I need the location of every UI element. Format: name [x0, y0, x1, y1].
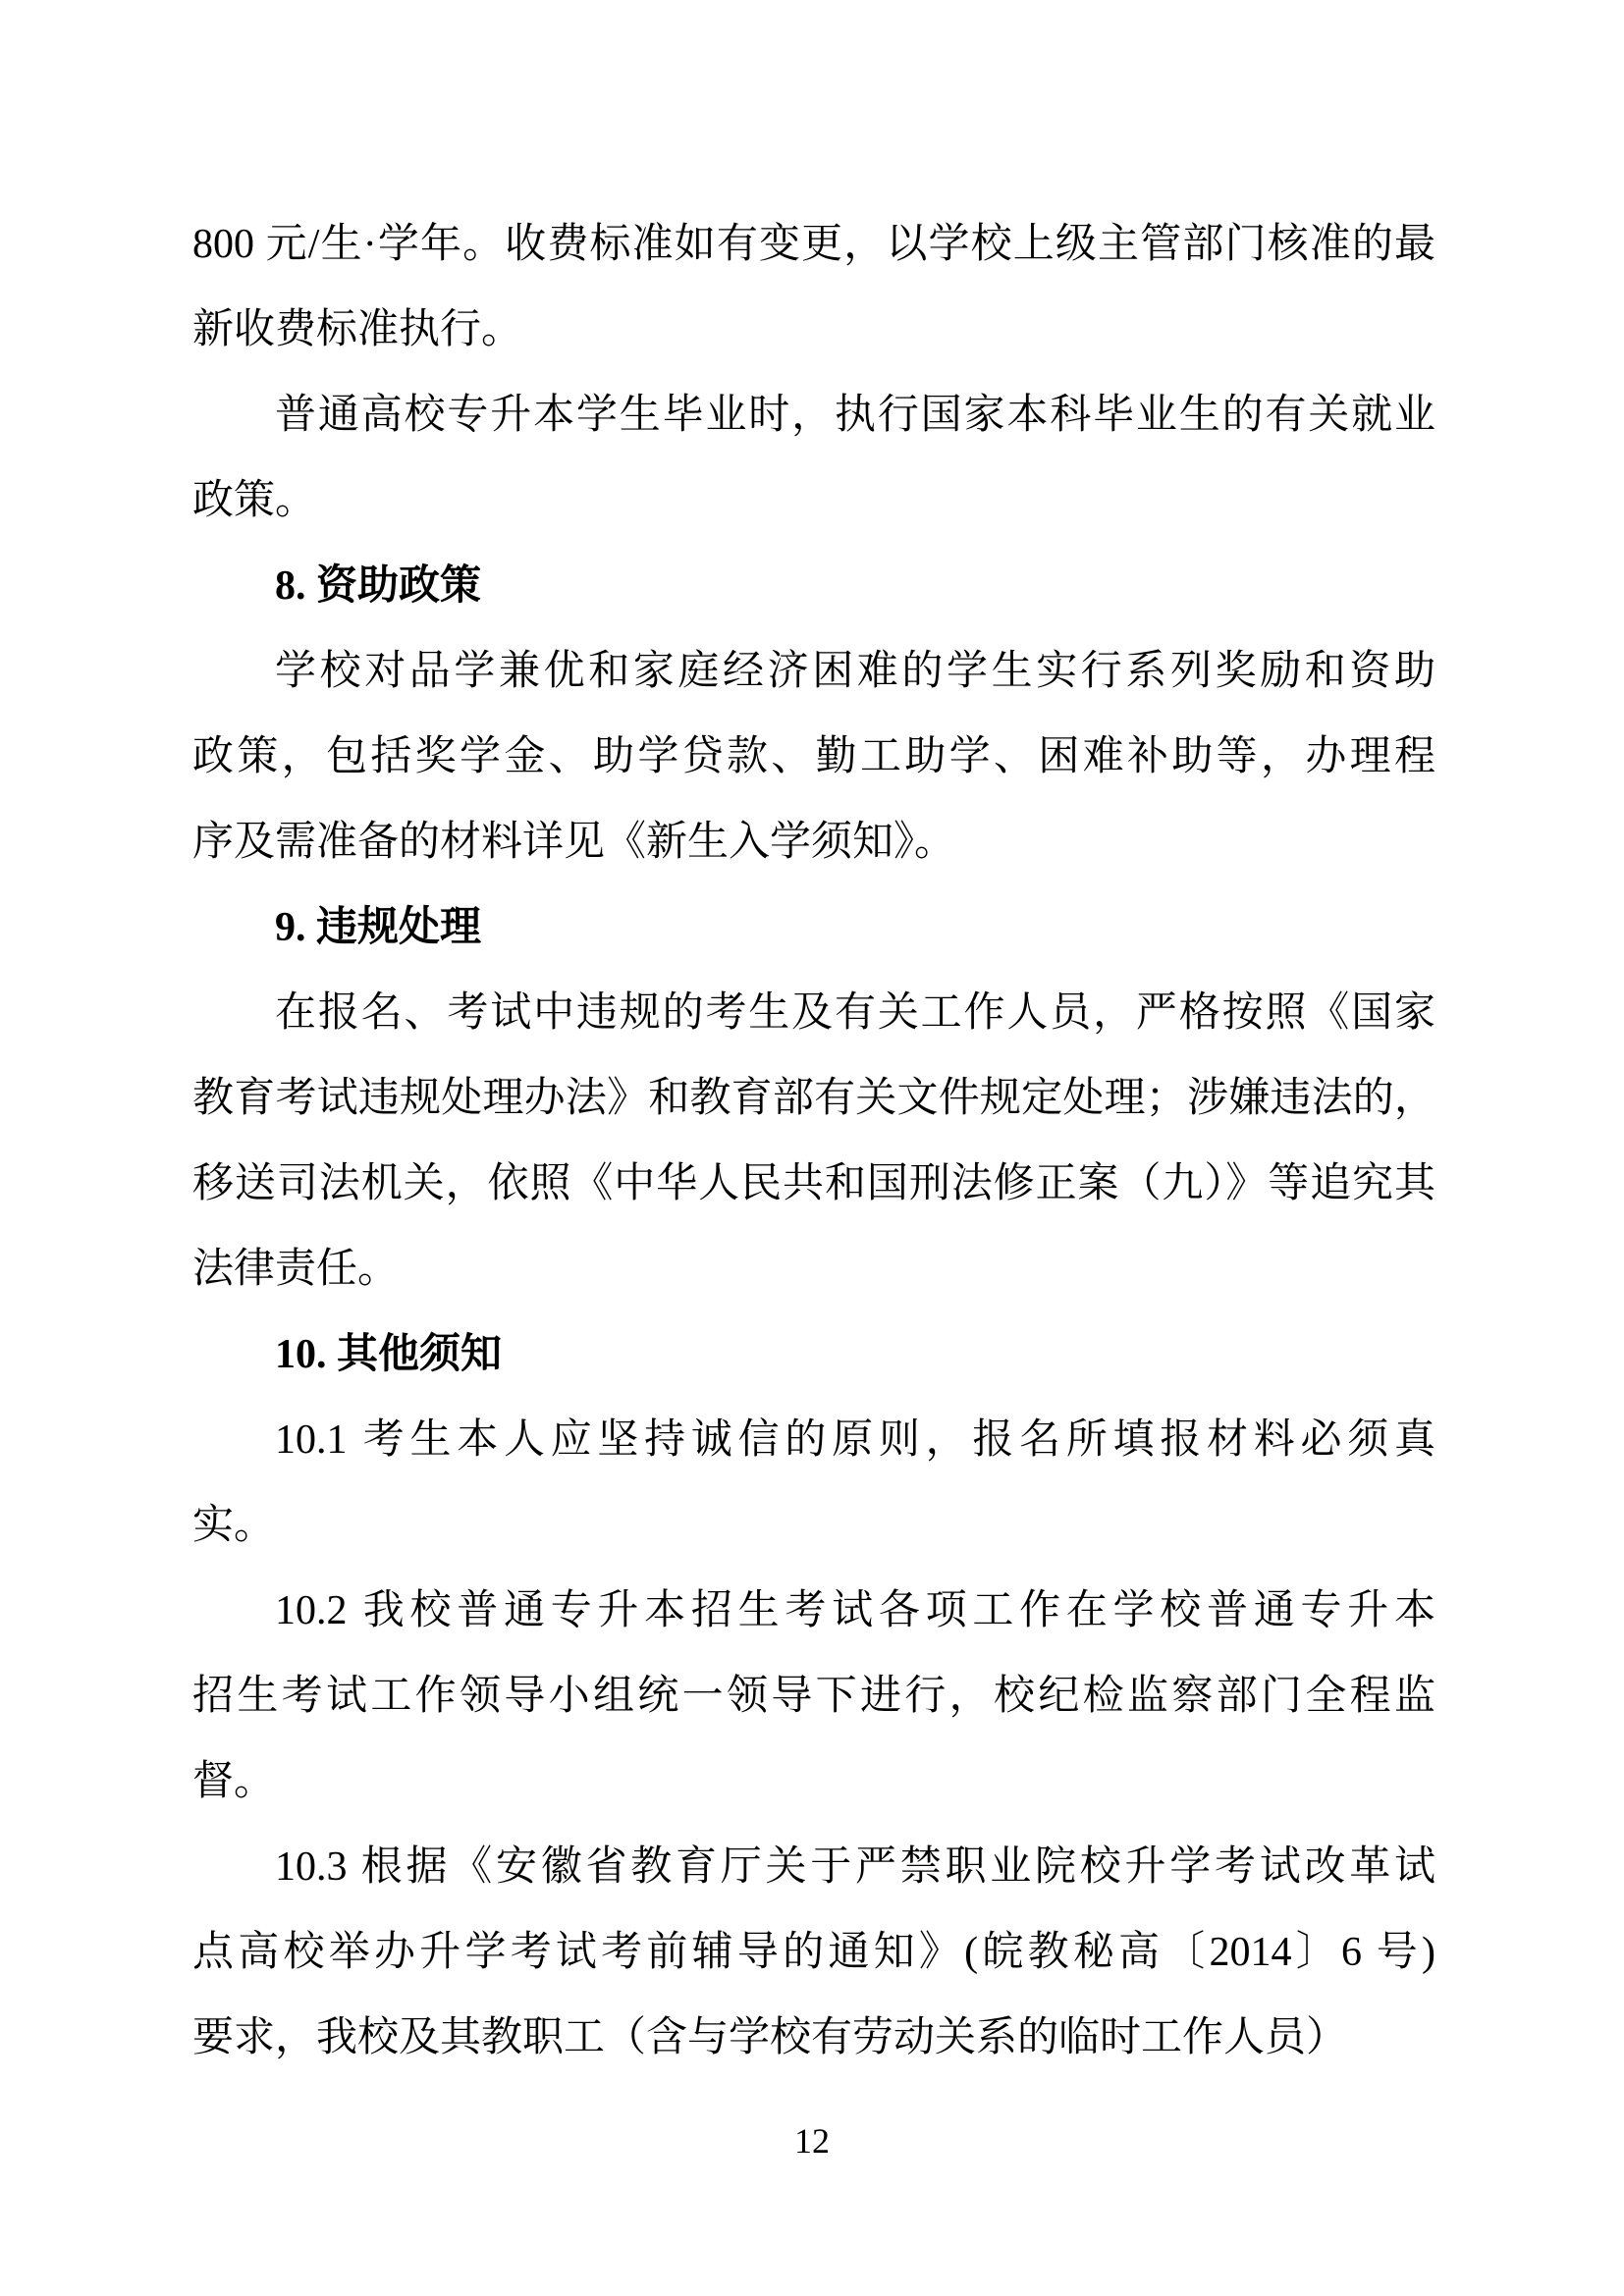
section-heading: 10. 其他须知 [192, 1312, 1435, 1398]
document-page: 800 元/生·学年。收费标准如有变更，以学校上级主管部门核准的最 新收费标准执… [0, 0, 1624, 2296]
section-heading: 9. 违规处理 [192, 885, 1435, 971]
text-line: 政策。 [192, 458, 1435, 544]
text-line: 移送司法机关，依照《中华人民共和国刑法修正案（九）》等追究其 [192, 1142, 1435, 1227]
text-line: 普通高校专升本学生毕业时，执行国家本科毕业生的有关就业 [192, 373, 1435, 458]
text-content: 800 元/生·学年。收费标准如有变更，以学校上级主管部门核准的最 新收费标准执… [192, 202, 1435, 2081]
text-line: 点高校举办升学考试考前辅导的通知》(皖教秘高〔2014〕6 号) [192, 1910, 1435, 1996]
text-line: 招生考试工作领导小组统一领导下进行，校纪检监察部门全程监 [192, 1654, 1435, 1739]
text-line: 法律责任。 [192, 1227, 1435, 1312]
page-footer: 12 [0, 2120, 1624, 2162]
text-line: 实。 [192, 1483, 1435, 1569]
text-line: 学校对品学兼优和家庭经济困难的学生实行系列奖励和资助 [192, 629, 1435, 715]
text-line: 序及需准备的材料详见《新生入学须知》。 [192, 800, 1435, 885]
text-line: 教育考试违规处理办法》和教育部有关文件规定处理；涉嫌违法的， [192, 1056, 1435, 1142]
text-line: 10.1 考生本人应坚持诚信的原则，报名所填报材料必须真 [192, 1398, 1435, 1483]
section-heading: 8. 资助政策 [192, 544, 1435, 629]
text-line: 政策，包括奖学金、助学贷款、勤工助学、困难补助等，办理程 [192, 715, 1435, 800]
page-number: 12 [794, 2121, 830, 2161]
text-line: 要求，我校及其教职工（含与学校有劳动关系的临时工作人员） [192, 1996, 1435, 2081]
text-line: 10.2 我校普通专升本招生考试各项工作在学校普通专升本 [192, 1569, 1435, 1654]
text-line: 10.3 根据《安徽省教育厅关于严禁职业院校升学考试改革试 [192, 1825, 1435, 1910]
text-line: 在报名、考试中违规的考生及有关工作人员，严格按照《国家 [192, 971, 1435, 1056]
text-line: 800 元/生·学年。收费标准如有变更，以学校上级主管部门核准的最 [192, 202, 1435, 288]
text-line: 督。 [192, 1739, 1435, 1825]
text-line: 新收费标准执行。 [192, 288, 1435, 373]
